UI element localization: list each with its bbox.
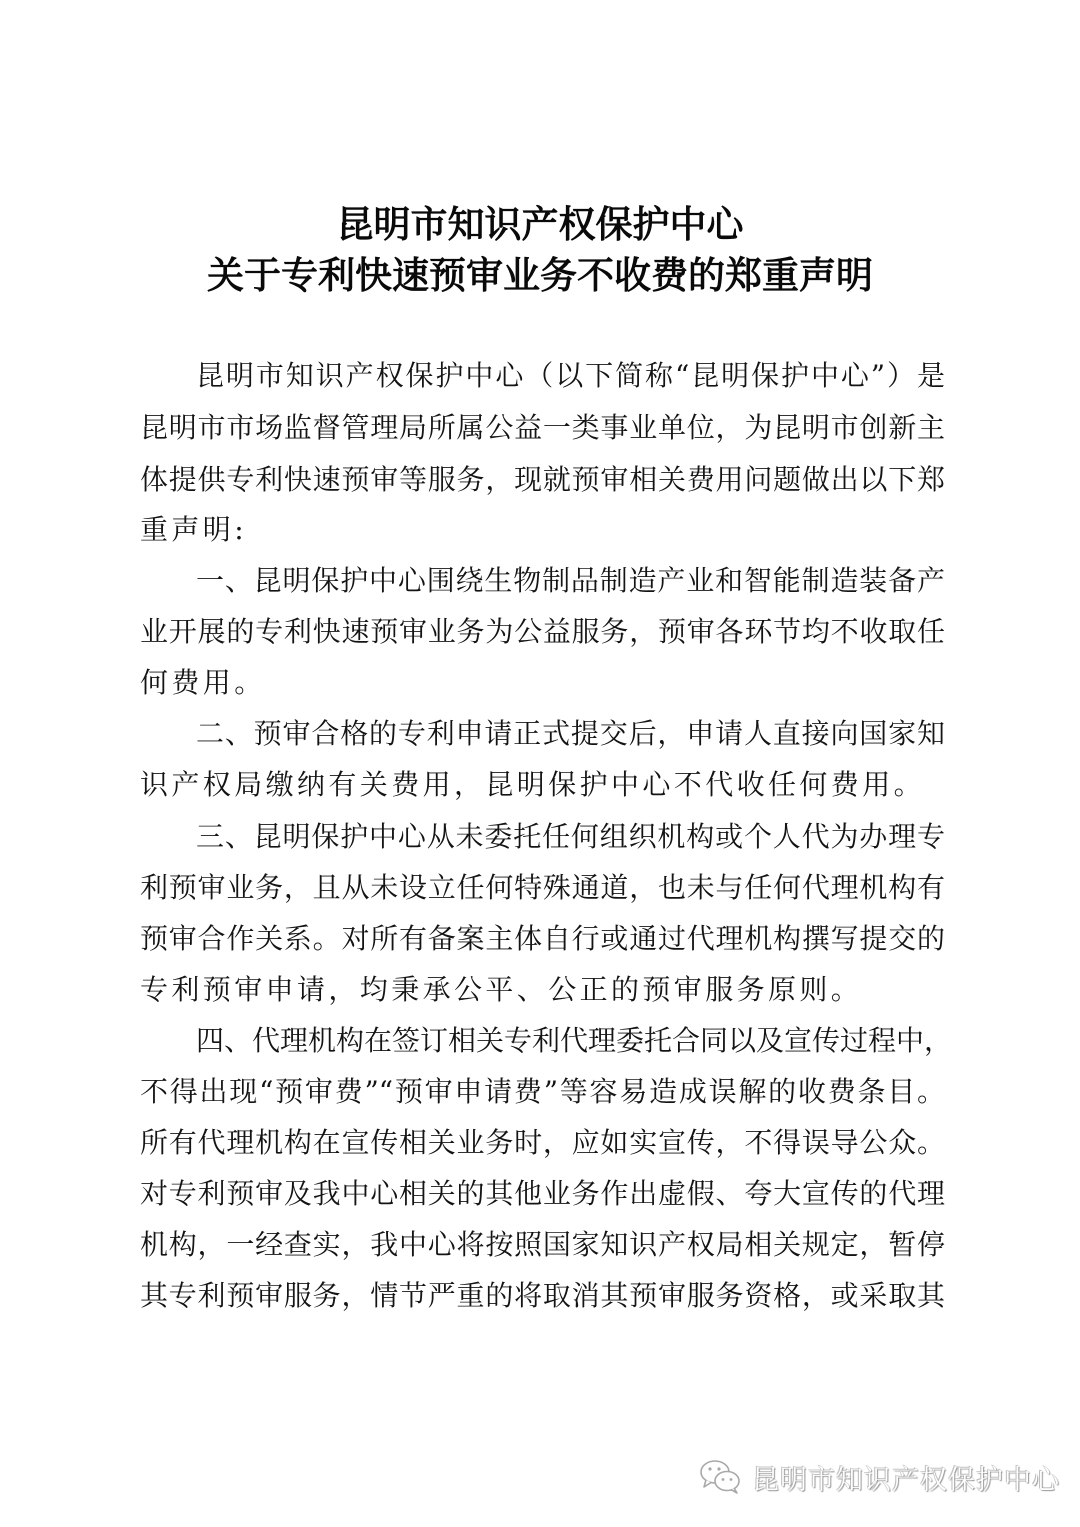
- wechat-icon: [698, 1457, 744, 1497]
- body-line: 机构，一经查实，我中心将按照国家知识产权局相关规定，暂停: [140, 1227, 945, 1263]
- body-line: 其专利预审服务，情节严重的将取消其预审服务资格，或采取其: [140, 1278, 945, 1314]
- body-line: 一、昆明保护中心围绕生物制品制造产业和智能制造装备产: [196, 563, 945, 599]
- body-line: 所有代理机构在宣传相关业务时，应如实宣传，不得误导公众。: [140, 1125, 945, 1161]
- body-line: 利预审业务，且从未设立任何特殊通道，也未与任何代理机构有: [140, 870, 945, 906]
- document-page: 昆明市知识产权保护中心 关于专利快速预审业务不收费的郑重声明 昆明市知识产权保护…: [0, 0, 1080, 1527]
- body-line: 对专利预审及我中心相关的其他业务作出虚假、夸大宣传的代理: [140, 1176, 945, 1212]
- body-line: 二、预审合格的专利申请正式提交后，申请人直接向国家知: [196, 716, 945, 752]
- body-line: 昆明市知识产权保护中心（以下简称“昆明保护中心”）是: [196, 358, 945, 394]
- watermark-account-name: 昆明市知识产权保护中心: [752, 1458, 1060, 1497]
- wechat-watermark: 昆明市知识产权保护中心: [698, 1455, 1060, 1499]
- body-line: 预审合作关系。对所有备案主体自行或通过代理机构撰写提交的: [140, 921, 945, 957]
- document-title-line-2: 关于专利快速预审业务不收费的郑重声明: [0, 245, 1080, 299]
- body-line: 昆明市市场监督管理局所属公益一类事业单位，为昆明市创新主: [140, 410, 945, 446]
- body-line: 不得出现“预审费”“预审申请费”等容易造成误解的收费条目。: [140, 1074, 945, 1110]
- body-line: 三、昆明保护中心从未委托任何组织机构或个人代为办理专: [196, 819, 945, 855]
- body-line: 识产权局缴纳有关费用，昆明保护中心不代收任何费用。: [140, 767, 945, 803]
- body-line: 体提供专利快速预审等服务，现就预审相关费用问题做出以下郑: [140, 462, 945, 498]
- document-title-line-1: 昆明市知识产权保护中心: [0, 194, 1080, 248]
- body-line: 重声明:: [140, 512, 945, 548]
- body-line: 专利预审申请，均秉承公平、公正的预审服务原则。: [140, 972, 945, 1008]
- body-line: 业开展的专利快速预审业务为公益服务，预审各环节均不收取任: [140, 614, 945, 650]
- body-line: 四、代理机构在签订相关专利代理委托合同以及宣传过程中，: [196, 1023, 945, 1059]
- body-line: 何费用。: [140, 665, 945, 701]
